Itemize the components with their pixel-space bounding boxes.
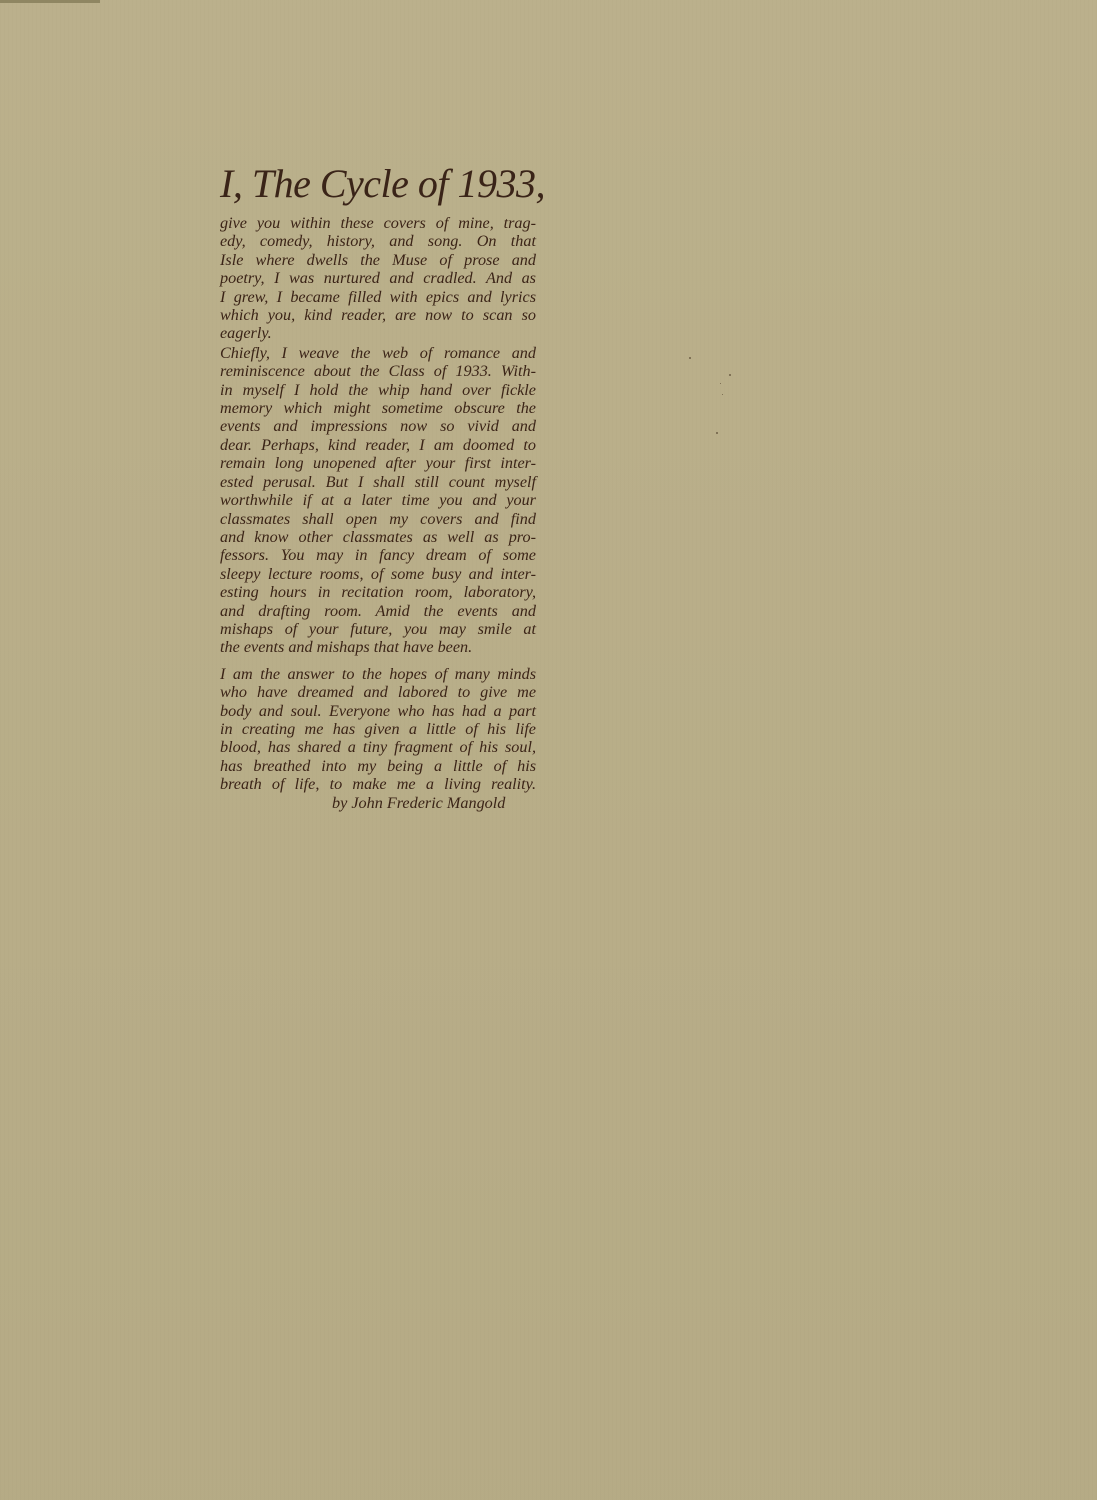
text-line: I am the answer to the hopes of many min… [220,665,536,683]
text-line: classmates shall open my covers and find [220,510,536,528]
text-line: esting hours in recitation room, laborat… [220,583,536,601]
text-line: events and impressions now so vivid and [220,417,536,435]
text-line: in myself I hold the whip hand over fick… [220,381,536,399]
text-line: blood, has shared a tiny fragment of his… [220,738,536,756]
text-line: and drafting room. Amid the events and [220,602,536,620]
text-line: Chiefly, I weave the web of romance and [220,344,536,362]
page-title: I, The Cycle of 1933, [220,160,536,208]
paper-speck [689,357,691,359]
text-line: Isle where dwells the Muse of prose and [220,251,536,269]
text-line: sleepy lecture rooms, of some busy and i… [220,565,536,583]
text-line: fessors. You may in fancy dream of some [220,546,536,564]
text-line: who have dreamed and labored to give me [220,683,536,701]
text-line: eagerly. [220,324,536,342]
text-line: which you, kind reader, are now to scan … [220,306,536,324]
paper-speck [716,432,718,434]
text-line: worthwhile if at a later time you and yo… [220,491,536,509]
text-line: edy, comedy, history, and song. On that [220,232,536,250]
page-top-edge [0,0,100,3]
paper-speck [722,394,723,395]
paragraph-3: I am the answer to the hopes of many min… [220,665,536,794]
paragraph-1: give you within these covers of mine, tr… [220,214,536,343]
text-line: breath of life, to make me a living real… [220,775,536,793]
text-line: poetry, I was nurtured and cradled. And … [220,269,536,287]
text-line: and know other classmates as well as pro… [220,528,536,546]
author-signature: by John Frederic Mangold [220,794,536,812]
text-line: dear. Perhaps, kind reader, I am doomed … [220,436,536,454]
paper-speck [720,383,721,384]
text-line: has breathed into my being a little of h… [220,757,536,775]
text-line: memory which might sometime obscure the [220,399,536,417]
text-line: the events and mishaps that have been. [220,638,536,656]
paragraph-2: Chiefly, I weave the web of romance and … [220,344,536,657]
text-line: I grew, I became filled with epics and l… [220,288,536,306]
text-line: body and soul. Everyone who has had a pa… [220,702,536,720]
document-page: I, The Cycle of 1933, give you within th… [220,160,536,812]
text-line: ested perusal. But I shall still count m… [220,473,536,491]
paper-speck [729,374,731,376]
text-line: remain long unopened after your first in… [220,454,536,472]
text-line: mishaps of your future, you may smile at [220,620,536,638]
text-line: in creating me has given a little of his… [220,720,536,738]
text-line: reminiscence about the Class of 1933. Wi… [220,362,536,380]
text-line: give you within these covers of mine, tr… [220,214,536,232]
